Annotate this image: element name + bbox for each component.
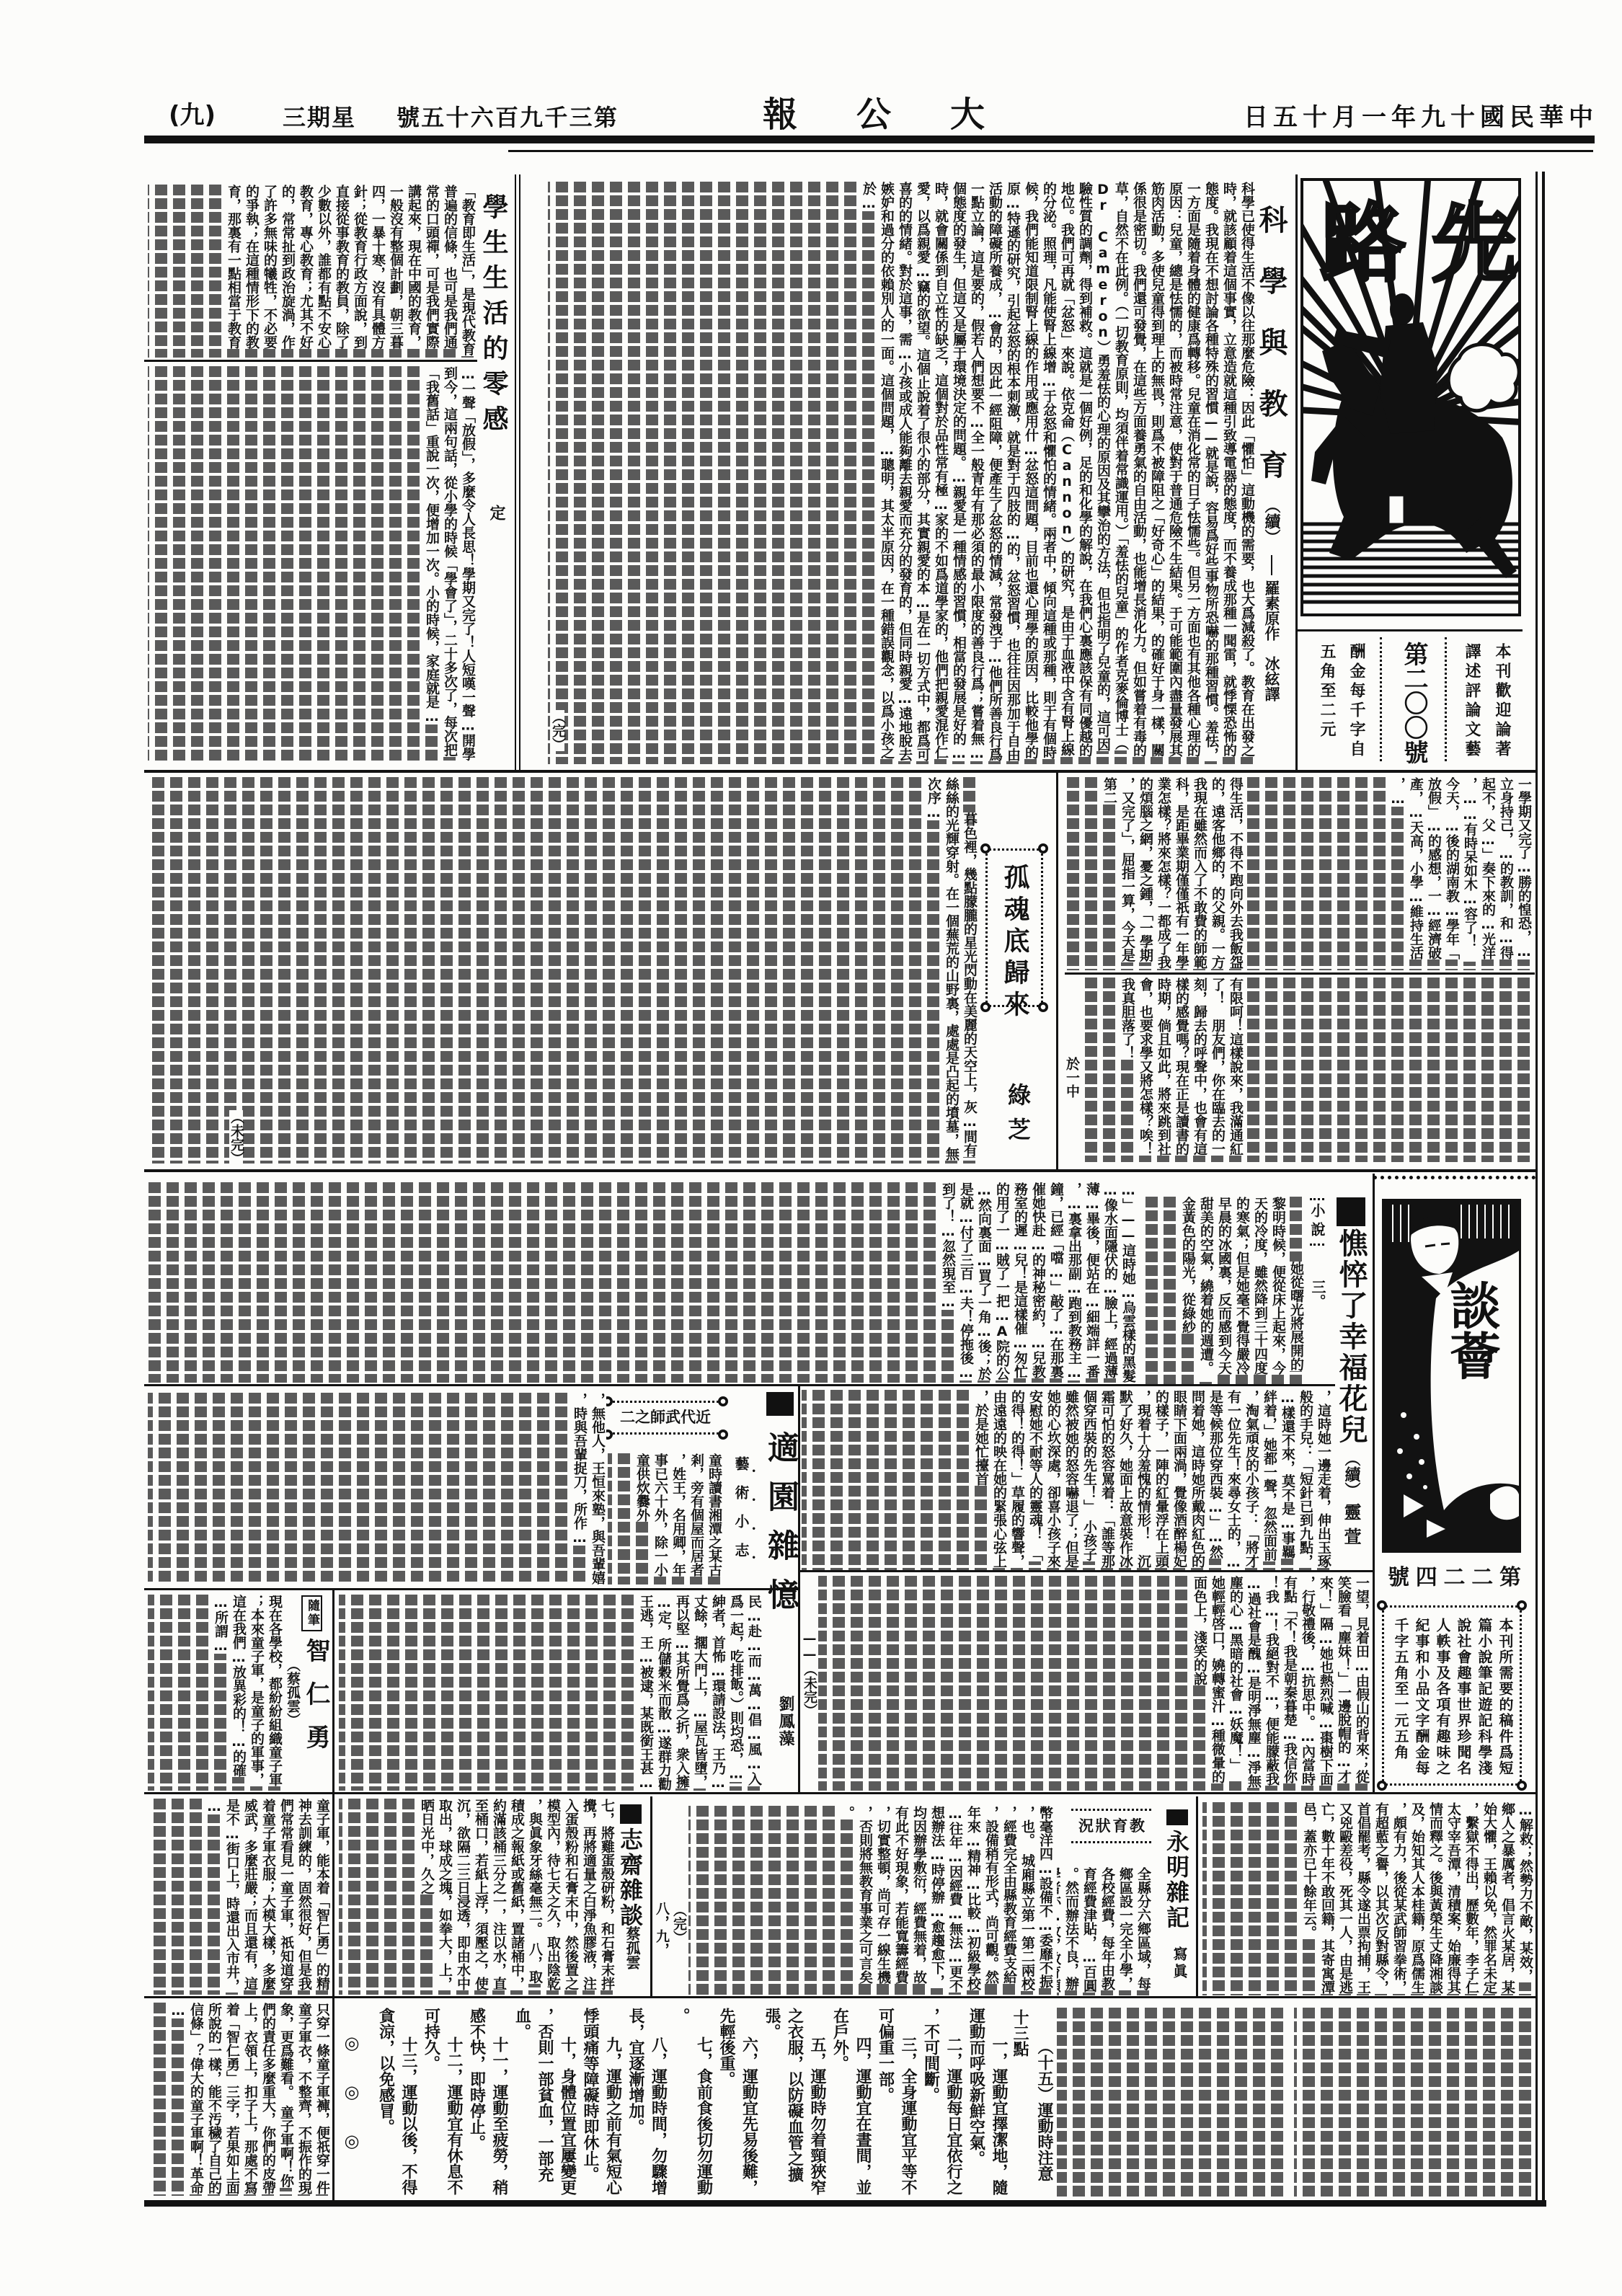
yongming-end-mark: （完）: [672, 1903, 686, 1944]
student-article-upper-text: 「教育即生活」，是現代教育普遍的信條，也可是我們通常的口頭禪，可是我們實際講起來…: [148, 185, 477, 358]
qiaocui-part3: ，這時她一邊走着，伸出玉琢般的手兒：「短針已到九點，…樣還不來，莫不是…事羈絆着…: [802, 1390, 1332, 1570]
exercise-tip-item: 十三，運動以後，不得貪涼，以免感冒。: [374, 2008, 420, 2197]
shiyuan-tier-rule: [144, 1588, 798, 1590]
tanhui-column-rule: [1373, 1174, 1375, 1794]
student-article-lower-text: …一聲「放假」，多麼令人長思！學期又完了！人短嘆一聲…開學到今，這兩句話，從小學…: [148, 366, 477, 761]
student-article-author: 定: [488, 505, 504, 520]
guhun-author: 綠芝: [1006, 1083, 1029, 1152]
science-article-title: 科學與教育: [1257, 205, 1285, 511]
yongming-section-label: 教育狀況: [1078, 1817, 1145, 1835]
xianlu-notice-divider: [1380, 637, 1382, 761]
student-continuation-upper-end: 得生活，不得不跑向外去我飯盌的，遠客他鄉的，的父親。一方我現在雖然而入了不敢費的…: [1067, 777, 1244, 970]
yongming-dateline: 八，九，: [655, 1902, 668, 1956]
page-number: (九): [169, 103, 216, 128]
exercise-tip-item: 六，運動宜先易後難，先輕後重。: [715, 2008, 761, 2197]
decorative-border: [1373, 1176, 1535, 1179]
yongming-body-b: 幣毫洋四…設備不…委靡不振，也。 城廂縣立第一第二兩校，經費完全由縣教育經費支給…: [688, 1806, 1054, 1995]
shiyuan-part1: 童時讀書湘潭之某古剎，旁有個屋而居者，姓王，名用卿，年事已六十外，除一小童供炊爨…: [608, 1453, 723, 1584]
issue-number: 第三千九百六十五號: [396, 103, 617, 132]
column-double-rule-b: [519, 174, 520, 771]
corner-ornament: [980, 843, 991, 854]
science-continued-mark: （續）: [1263, 497, 1279, 545]
corner-ornament: [980, 1002, 991, 1012]
qiaocui-part2: …」——這時她…烏雲樣的黑髮…像水面隱伏的…臉上，經過薄薄…畢後，便站在…細端詳…: [148, 1182, 1137, 1383]
shiyuan-title: 適園雜憶: [764, 1431, 796, 1627]
zhirenyong-part1: 現在各學校，都紛紛組織童子軍；本來童子軍，是童子的軍事，這在我們…放異彩的！…的…: [148, 1595, 283, 1791]
exercise-tip-item: 九，運動之前有氣短心悸頭痛等障礙時即休止。: [579, 2008, 624, 2197]
xianlu-issue-number: 第二〇〇號: [1401, 642, 1426, 764]
student-signoff: 於一中: [1065, 1057, 1078, 1098]
student-article-title: 學生生活的零感: [480, 193, 506, 440]
exercise-heading-b: 十三點: [1011, 2009, 1027, 2057]
guhun-body: 暮色裡，幾點朦朧的星光閃動在美麗的天空上，灰…間有絲絲的光輝穿射。在一個蕪荒的山…: [148, 777, 978, 1163]
zhirenyong-author: （蔡孤雲）: [285, 1658, 299, 1727]
publication-date: 中華民國十九年一月十五日: [1244, 103, 1593, 132]
exercise-tip-item: 四，運動宜在晝間，並在戶外。: [828, 2008, 874, 2197]
tanhui-notice-text: 本刊所需要的稿件爲短篇小說筆記遊記科學淺說社會趣事世界珍聞名人軼事及各項有趣味之…: [1388, 1618, 1515, 1779]
tanhui-masthead-title: 談薈: [1446, 1280, 1497, 1380]
zhirenyong-label: 隨筆: [301, 1595, 322, 1631]
exercise-tip-item: 二，運動每日宜依行之，不可間斷。: [919, 2008, 965, 2197]
tier-c-bottom-rule: [144, 1996, 1537, 1998]
newspaper-page: (九) 星期三 第三千九百六十五號 大公報 中華民國十九年一月十五日 學生生活的…: [0, 0, 1622, 2296]
xianlu-notice-divider: [1445, 637, 1447, 761]
science-end-mark: （完）: [551, 710, 564, 751]
corner-ornament: [1517, 1781, 1527, 1791]
qiaocui-continued-mark: （續）: [1343, 1450, 1359, 1498]
zhizhai-part2: [1057, 2008, 1286, 2197]
xianlu-notice-line3: 酬金每千字自: [1348, 643, 1364, 760]
middle-band-bottom-rule: [144, 1169, 1537, 1172]
xianlu-notice-line2: 譯述評論文藝: [1463, 643, 1479, 760]
student-continuation-lower-start: [1246, 978, 1533, 1162]
section-bullet-square: [1337, 1197, 1365, 1226]
corner-ornament: [1377, 1781, 1387, 1791]
newspaper-masthead: 大公報: [763, 97, 985, 133]
middle-tier-rule: [799, 1570, 1373, 1572]
yongming-divider: [1196, 1796, 1198, 1997]
science-article-author: 羅素原作 冰絃譯: [1264, 580, 1279, 701]
zhizhai-title: 志齋雜談: [619, 1827, 642, 1928]
science-author-rule: [1271, 555, 1272, 575]
shiyuan-author: 劉鳳藻: [777, 1696, 793, 1747]
yongming-author: 寫眞: [1172, 1946, 1187, 1981]
shiyuan-subtitle: 近代武師之二: [620, 1408, 711, 1427]
guhun-title: 孤魂底歸來: [1001, 864, 1027, 1022]
xianlu-masthead-title: 先路: [1321, 199, 1517, 288]
student-tier-rule: [144, 360, 477, 362]
corner-ornament: [1517, 1600, 1527, 1610]
qiaocui-title: 憔悴了幸福花兒: [1337, 1228, 1365, 1445]
zhirenyong-column-rule: [332, 1590, 334, 2202]
exercise-tips-list: 一，運動宜擇潔地，隨運動而呼吸新鮮空氣。二，運動每日宜依行之，不可間斷。三，全身…: [374, 2008, 1010, 2197]
tanhui-issue-number: 第二二四號: [1388, 1566, 1521, 1590]
exercise-tip-item: 十一，運動至疲勞，稍感不快，即時停止。: [465, 2008, 510, 2197]
upper-tier-rule: [144, 1384, 1335, 1386]
qiaocui-part4: 一望，見着田…由假山的背來；從笑臉看「塵妹！」一邊脫帽的…才來！」隔…她也熱烈喊…: [818, 1576, 1370, 1791]
xianlu-notice-rule: [1298, 629, 1523, 631]
exercise-tip-item: 十二，運動宜有休息不可持久。: [420, 2008, 465, 2197]
page-bottom-rule: [144, 2200, 1546, 2207]
student-continuation-rule: [1065, 972, 1535, 975]
zhirenyong-part2: 童子軍，能本着「智仁勇」的精神去訓練的，固然很好，但是我們常常看見一童子軍，祇知…: [148, 1799, 331, 1995]
corner-ornament: [1038, 843, 1048, 854]
shiyuan-part2: ，無他人，王恒來塾，與吾輩嬉，時與吾輩捉刀，所作…: [148, 1393, 606, 1584]
zhirenyong-part3: 只穿一條童子軍褲，便祇穿一件童子軍衣，不整齊，不振作的現象，更爲難看。 童子軍啊…: [148, 2003, 331, 2196]
exercise-tip-item: 十，身體位置宜屢變更，否則一部貧血，一部充血。: [510, 2008, 579, 2197]
student-continuation-lower-end: 有限呵！這樣說來，我滿通紅了！ 朋友們，你在臨去的一刻，歸去的呼聲中，也會有這樣…: [1081, 978, 1244, 1162]
corner-ornament: [1377, 1600, 1387, 1610]
zhizhai-part1: 七，將雞蛋殼研粉，和石膏末拌攪，再將適量之白淨魚膠液，注入蛋殼粉和石膏末中，然後…: [339, 1799, 616, 1995]
section-bullet-square: [766, 1392, 794, 1416]
exercise-tip-item: 七，食前食後切勿運動。: [670, 2008, 715, 2197]
xianlu-box-left-rule: [1295, 174, 1298, 771]
xianlu-notice-line1: 本刊歡迎論著: [1494, 643, 1510, 760]
corner-ornament: [718, 1396, 728, 1406]
shiyuan-part4: …解救；然勢力不敵，某效，鄉人之暴厲者，倡言火某居，某始大懼，王賴以免，然罪名未…: [1202, 1802, 1534, 1995]
column-double-rule-a: [515, 174, 516, 771]
zhizhai-author: 蔡孤雲: [625, 1926, 639, 1969]
corner-ornament: [718, 1430, 728, 1440]
guhun-end-mark: （未完）: [229, 1110, 243, 1165]
zhizhai-part3: [1294, 2008, 1534, 2197]
zhizhai-divider: [650, 1796, 652, 1997]
yongming-body-a: 全縣分六鄉區域，每鄉區設一完全小學，各校經費，每年由教育經費津貼，…百圓。然而辦…: [1057, 1867, 1152, 1995]
shiyuan-part3: 民…赴…而…萬…倡…風…入爲一起，吃排飯。）則均恐，…紳者，首怖…環請設法，王乃…: [339, 1595, 763, 1791]
exercise-tip-item: 五，運動時勿着頸狹窄之衣服，以防礙血管之擴張。: [761, 2008, 829, 2197]
exercise-tip-item: 八，運動時間，勿驟增長，宜逐漸增加。: [624, 2008, 670, 2197]
xianlu-notice-line4: 五角至二元: [1319, 643, 1334, 740]
qiaocui-genre-label: 小說: [1310, 1198, 1324, 1246]
exercise-tip-item: 三，全身運動宜平等不可偏重一部。: [874, 2008, 919, 2197]
yongming-title: 永明雜記: [1165, 1830, 1188, 1931]
qiaocui-end-mark: ——（未完）: [802, 1631, 816, 1717]
section-bullet-square: [1166, 1809, 1188, 1825]
zhirenyong-title: 智仁勇: [303, 1638, 328, 1768]
shiyuan-column-label: 藝術小志: [732, 1456, 758, 1572]
qiaocui-chapter-number: 三。: [1311, 1280, 1325, 1308]
exercise-heading-a: （十五）運動時注意: [1036, 2039, 1052, 2181]
corner-ornament: [1038, 1002, 1048, 1012]
right-border-outer: [1542, 172, 1545, 2206]
top-band-bottom-rule: [144, 770, 1537, 773]
middle-band-divider: [1056, 773, 1058, 1169]
section-bullet-square: [620, 1804, 642, 1824]
science-article-body: 科學已使得生活不像以往那麼危險：因此「懼怕」這動機的需要，也大爲減殺了。教育在出…: [548, 182, 1256, 764]
right-border-inner: [1535, 172, 1538, 2206]
qiaocui-part1: 她從曙光將展開的黎明時候，便從床上起來，今天的冷度，雖然降到三十四度的寒氣；但是…: [1140, 1197, 1305, 1384]
weekday: 星期三: [283, 103, 355, 132]
header-thin-rule: [508, 150, 1593, 152]
tier-b-bottom-rule: [144, 1792, 1537, 1794]
qiaocui-author: 靈萱: [1342, 1503, 1360, 1552]
exercise-tip-item: 一，運動宜擇潔地，隨運動而呼吸新鮮空氣。: [965, 2008, 1010, 2197]
student-continuation-upper-start: 一學期又完了…勝的惶恐，…立身持己，…的教訓，和…得起不，父…」奏下來的…光洋，…: [1246, 777, 1533, 970]
header-thick-rule: [144, 136, 1595, 143]
exercise-ornament: ◎◎◎: [343, 2033, 360, 2180]
